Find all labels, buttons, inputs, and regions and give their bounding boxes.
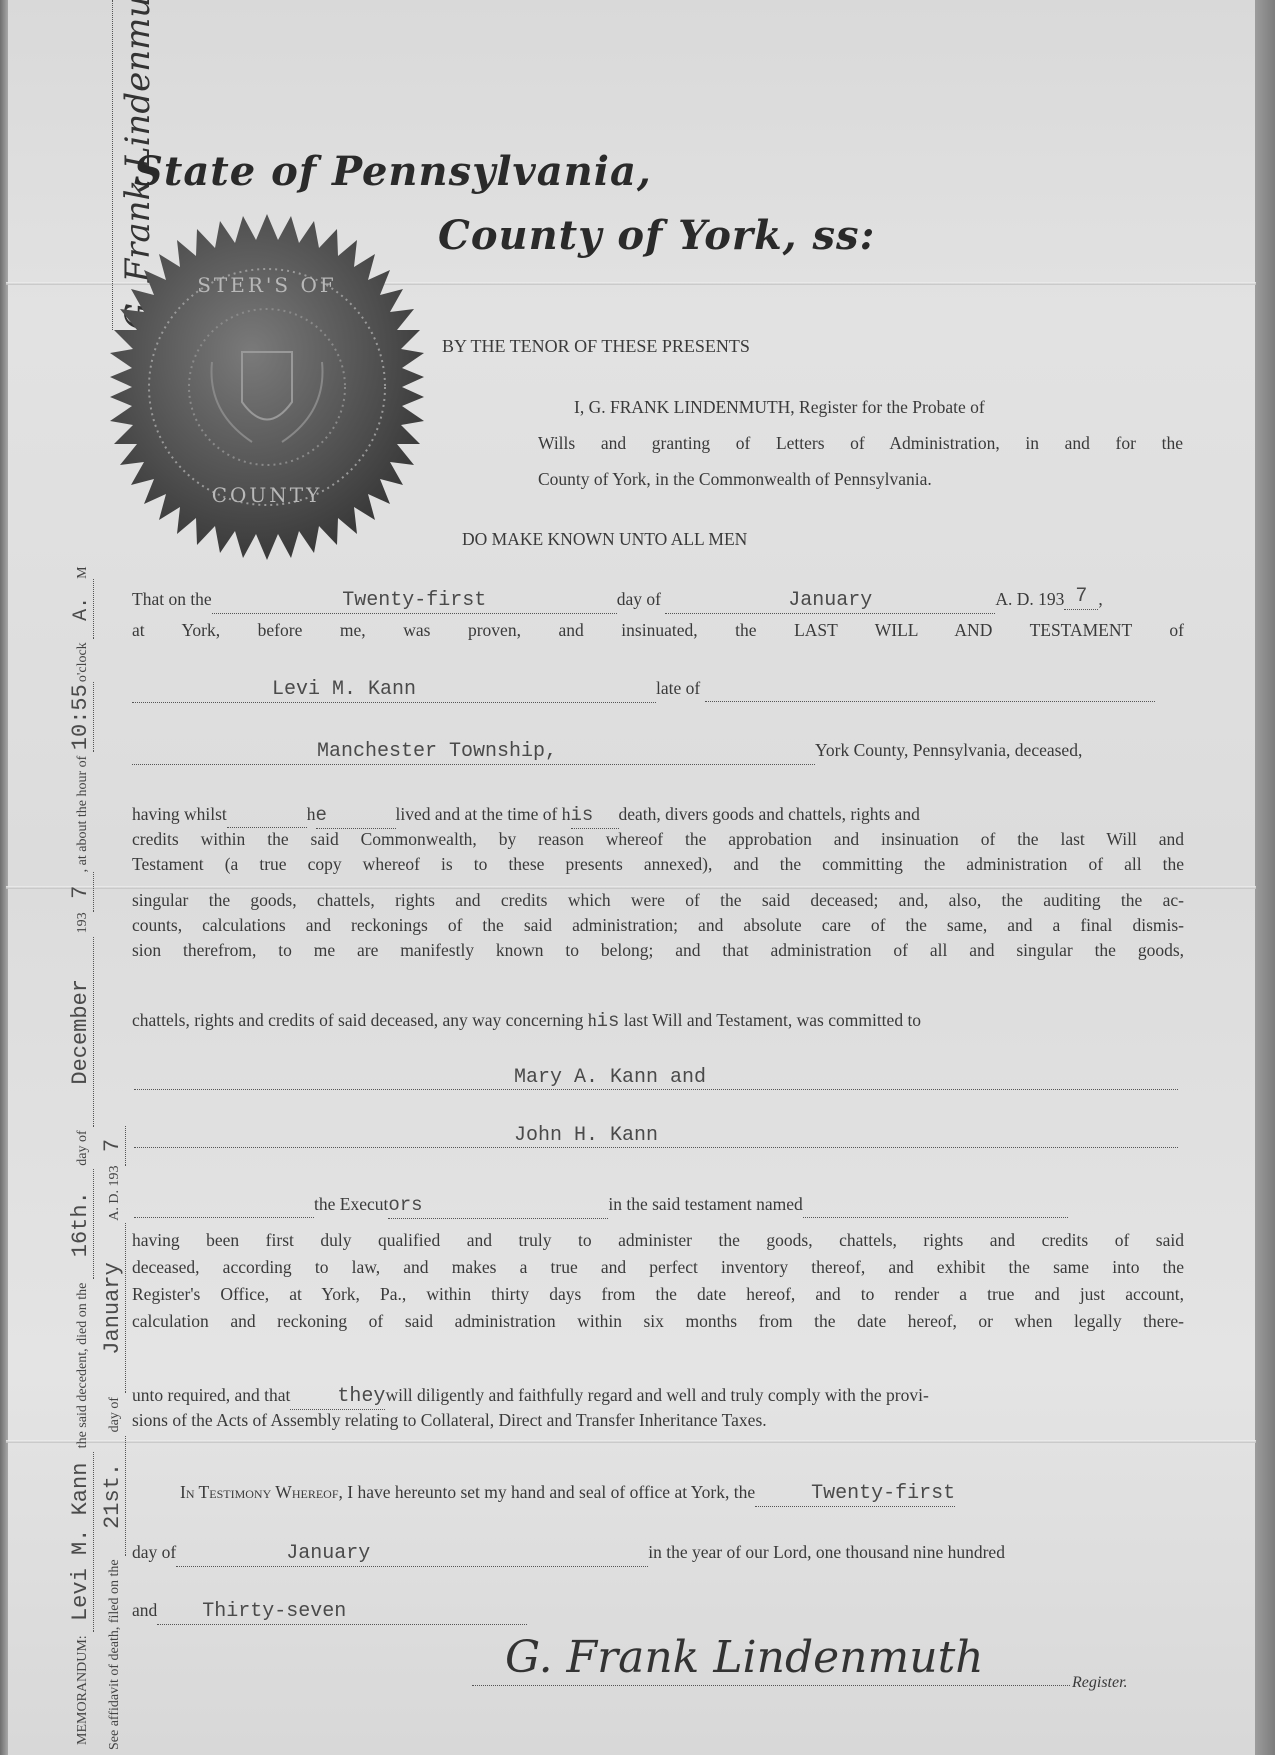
proof-month-field: January <box>665 588 995 614</box>
at-about-text: , at about the hour of <box>75 756 90 873</box>
death-month-value: December <box>68 937 94 1127</box>
proof-year-digit: 7 <box>1064 584 1098 610</box>
they-field: they <box>290 1384 385 1410</box>
having-whilst-line: having whilst helived and at the time of… <box>132 802 1184 829</box>
named-text: in the said testament named <box>608 1194 802 1214</box>
register-line-2: Wills and granting of Letters of Adminis… <box>538 431 1183 456</box>
memo-decedent-name: Levi M. Kann <box>68 1452 94 1632</box>
register-signature: G. Frank Lindenmuth <box>505 1632 984 1683</box>
county-suffix-text: York County, Pennsylvania, deceased, <box>815 740 1082 760</box>
register-label: Register. <box>1072 1670 1128 1695</box>
page-edge-right <box>1255 0 1275 1755</box>
filed-day-value: 21st. <box>100 1436 126 1556</box>
testimony-month-field: January <box>176 1541 648 1567</box>
filed-day-of-label: day of <box>107 1397 122 1432</box>
filed-year-digit: 7 <box>100 1126 126 1166</box>
make-known-heading: DO MAKE KNOWN UNTO ALL MEN <box>462 527 747 552</box>
having-whilst-text: having whilst <box>132 804 227 824</box>
state-heading: State of Pennsylvania, <box>134 148 652 195</box>
death-hour-value: 10:55 <box>68 682 94 752</box>
embossed-seal-icon: STER'S OF COUNTY <box>92 212 442 562</box>
svg-text:STER'S OF: STER'S OF <box>197 273 337 297</box>
unto-pre-text: unto required, and that <box>132 1385 290 1405</box>
testimony-year-line: andThirty-seven <box>132 1598 527 1625</box>
day-of-label: day of <box>617 589 661 609</box>
ad-label: A. D. 193 <box>995 589 1064 609</box>
unto-required-line: unto required, and thattheywill diligent… <box>132 1383 1184 1410</box>
residence-field: Manchester Township, <box>132 739 815 765</box>
register-line-3: County of York, in the Commonwealth of P… <box>538 467 932 492</box>
am-value: A. <box>70 579 94 639</box>
executor-2-field: John H. Kann <box>134 1124 1178 1148</box>
duties-line-4: calculation and reckoning of said admini… <box>132 1309 1184 1334</box>
margin-memorandum-line: MEMORANDUM: Levi M. Kann the said decede… <box>68 566 94 1745</box>
duties-line-2: deceased, according to law, and makes a … <box>132 1255 1184 1280</box>
fold-crease <box>6 1440 1256 1443</box>
oclock-label: o'clock <box>75 642 90 682</box>
pronoun-prefix: h <box>562 804 571 824</box>
said-decedent-text: the said decedent, died on the <box>75 1283 90 1449</box>
executor-1-field: Mary A. Kann and <box>134 1066 1178 1090</box>
register-line-1: I, G. FRANK LINDENMUTH, Register for the… <box>574 395 1184 420</box>
filed-ad-label: A. D. 193 <box>107 1166 122 1221</box>
testimony-lead: In Testimony Whereof, <box>180 1482 343 1502</box>
lived-text: lived and at the time of <box>396 804 558 824</box>
proof-day-field: Twenty-first <box>212 588 617 614</box>
year-text: in the year of our Lord, one thousand ni… <box>648 1542 1005 1562</box>
testimony-text: I have hereunto set my hand and seal of … <box>347 1482 755 1502</box>
and-label: and <box>132 1600 157 1620</box>
body-line-5: sion therefrom, to me are manifestly kno… <box>132 938 1184 963</box>
executor-suffix-field: ors <box>388 1193 608 1219</box>
page-edge-left <box>0 0 8 1755</box>
that-on-the-label: That on the <box>132 589 212 609</box>
day-of-label: day of <box>132 1542 176 1562</box>
duties-line-3: Register's Office, at York, Pa., within … <box>132 1282 1184 1307</box>
affidavit-text: See affidavit of death, filed on the <box>107 1559 122 1750</box>
chattels-line: chattels, rights and credits of said dec… <box>132 1008 1184 1034</box>
chattels-post-text: last Will and Testament, was committed t… <box>624 1010 921 1030</box>
pronoun-he-field: e <box>316 803 396 829</box>
dotted-fill <box>134 1192 314 1218</box>
decedent-name-field: Levi M. Kann <box>132 677 656 703</box>
proof-date-line: That on theTwenty-firstday of JanuaryA. … <box>132 584 1184 614</box>
dotted-fill <box>227 802 307 828</box>
proof-line-2: at York, before me, was proven, and insi… <box>132 618 1184 643</box>
comma: , <box>1098 589 1102 609</box>
executor-title-line: the Executorsin the said testament named <box>134 1192 1186 1219</box>
testimony-month-line: day ofJanuaryin the year of our Lord, on… <box>132 1540 1184 1567</box>
body-line-4: counts, calculations and reckonings of t… <box>132 913 1184 938</box>
dotted-fill <box>803 1192 1068 1218</box>
death-text: death, divers goods and chattels, rights… <box>619 804 920 824</box>
svg-text:COUNTY: COUNTY <box>212 483 323 507</box>
testimony-day-field: Twenty-first <box>755 1481 955 1507</box>
decedent-line: Levi M. Kannlate of <box>132 676 1184 703</box>
body-line-1: credits within the said Commonwealth, by… <box>132 827 1184 852</box>
body-line-2: Testament (a true copy whereof is to the… <box>132 852 1184 877</box>
duties-line-6: sions of the Acts of Assembly relating t… <box>132 1408 767 1433</box>
pronoun-prefix: h <box>588 1010 597 1030</box>
death-day-value: 16th. <box>68 1169 94 1279</box>
testimony-line: In Testimony Whereof, I have hereunto se… <box>180 1480 1184 1507</box>
duties-line-1: having been first duly qualified and tru… <box>132 1228 1184 1253</box>
pronoun-his-field-2: is <box>597 1010 620 1032</box>
signature-line <box>472 1684 1070 1686</box>
late-of-label: late of <box>656 678 700 698</box>
margin-affidavit-line: See affidavit of death, filed on the 21s… <box>100 1126 126 1750</box>
death-year-digit: 7 <box>68 872 94 912</box>
county-heading: County of York, ss: <box>438 212 875 259</box>
pronoun-his-field: is <box>571 803 619 829</box>
residence-line: Manchester Township,York County, Pennsyl… <box>132 738 1184 765</box>
year-prefix: 193 <box>75 912 90 933</box>
unto-post-text: will diligently and faithfully regard an… <box>385 1385 928 1405</box>
testimony-year-field: Thirty-seven <box>157 1599 527 1625</box>
late-of-field <box>705 676 1155 702</box>
memorandum-label: MEMORANDUM: <box>75 1635 90 1745</box>
day-of-label: day of <box>75 1130 90 1165</box>
m-letter: M <box>75 566 90 578</box>
body-line-3: singular the goods, chattels, rights and… <box>132 888 1184 913</box>
filed-month-value: January <box>100 1223 126 1393</box>
execut-label: the Execut <box>314 1194 388 1214</box>
tenor-heading: BY THE TENOR OF THESE PRESENTS <box>442 334 750 359</box>
chattels-pre-text: chattels, rights and credits of said dec… <box>132 1010 583 1030</box>
pronoun-prefix: h <box>307 804 316 824</box>
